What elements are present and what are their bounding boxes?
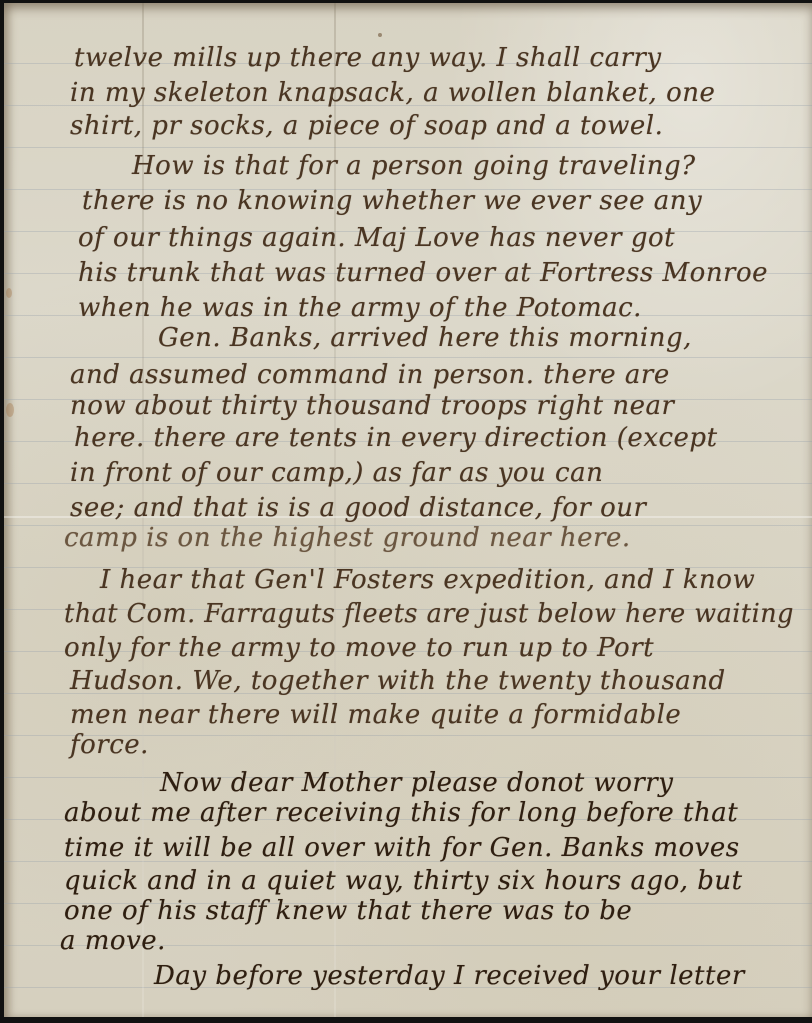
letter-line: see; and that is is a good distance, for… bbox=[70, 493, 646, 523]
letter-line: I hear that Gen'l Fosters expedition, an… bbox=[100, 565, 755, 595]
letter-line: about me after receiving this for long b… bbox=[64, 798, 738, 828]
ink-stain bbox=[6, 288, 12, 298]
letter-line: twelve mills up there any way. I shall c… bbox=[74, 43, 662, 73]
letter-line: there is no knowing whether we ever see … bbox=[82, 186, 702, 216]
letter-page: twelve mills up there any way. I shall c… bbox=[4, 3, 812, 1017]
letter-line: Gen. Banks, arrived here this morning, bbox=[158, 323, 692, 353]
letter-line: time it will be all over with for Gen. B… bbox=[64, 833, 740, 863]
letter-line: when he was in the army of the Potomac. bbox=[78, 293, 642, 323]
ink-stain bbox=[6, 403, 14, 417]
letter-line: of our things again. Maj Love has never … bbox=[78, 223, 675, 253]
letter-line: one of his staff knew that there was to … bbox=[64, 896, 632, 926]
letter-line: How is that for a person going traveling… bbox=[132, 151, 696, 181]
letter-line: only for the army to move to run up to P… bbox=[64, 633, 654, 663]
letter-line: force. bbox=[70, 730, 149, 760]
letter-line: now about thirty thousand troops right n… bbox=[70, 391, 674, 421]
letter-line: camp is on the highest ground near here. bbox=[64, 523, 631, 553]
letter-line: a move. bbox=[60, 926, 166, 956]
letter-line: shirt, pr socks, a piece of soap and a t… bbox=[70, 111, 663, 141]
letter-line: that Com. Farraguts fleets are just belo… bbox=[64, 599, 794, 629]
letter-line: in front of our camp,) as far as you can bbox=[70, 458, 603, 488]
ink-stain bbox=[378, 33, 382, 37]
letter-line: Day before yesterday I received your let… bbox=[154, 961, 745, 991]
letter-line: men near there will make quite a formida… bbox=[70, 700, 681, 730]
letter-line: quick and in a quiet way, thirty six hou… bbox=[64, 866, 743, 896]
letter-line: his trunk that was turned over at Fortre… bbox=[78, 258, 768, 288]
letter-line: Now dear Mother please donot worry bbox=[160, 768, 673, 798]
letter-line: here. there are tents in every direction… bbox=[74, 423, 718, 453]
letter-line: Hudson. We, together with the twenty tho… bbox=[70, 666, 726, 696]
letter-line: in my skeleton knapsack, a wollen blanke… bbox=[70, 78, 715, 108]
letter-line: and assumed command in person. there are bbox=[70, 360, 670, 390]
